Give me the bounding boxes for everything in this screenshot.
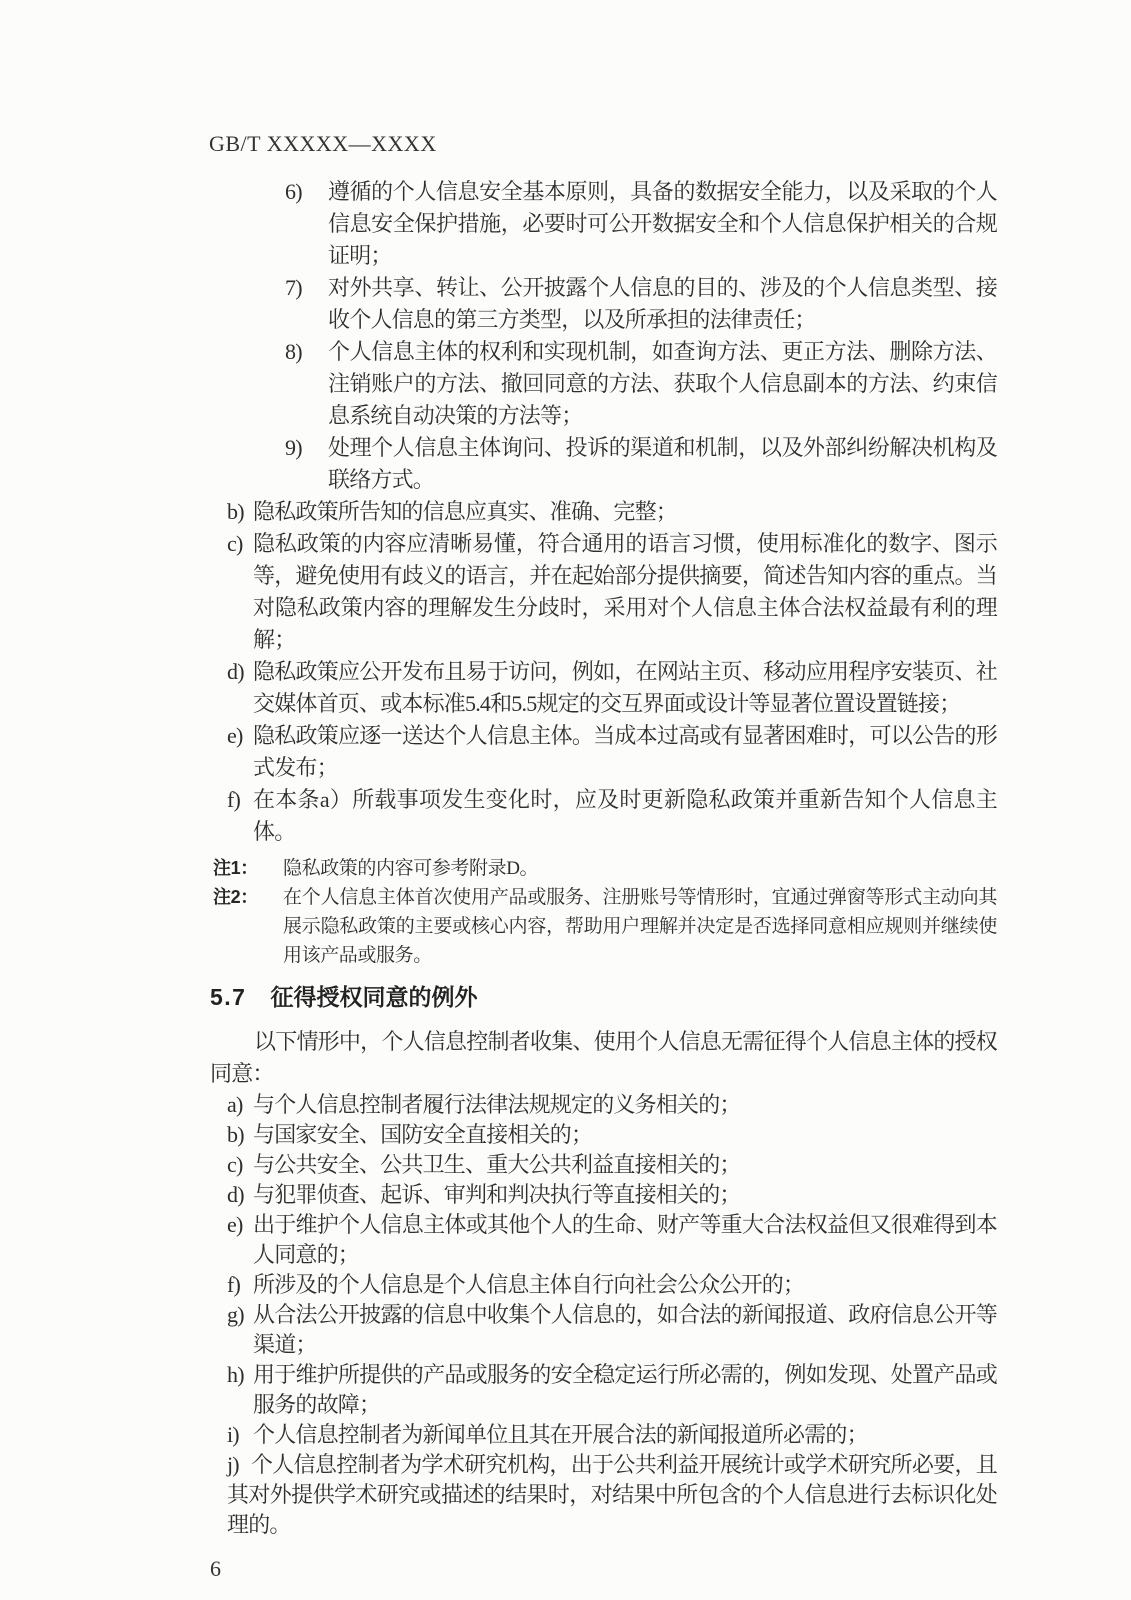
list-item: e) 隐私政策应逐一送达个人信息主体。当成本过高或有显著困难时，可以公告的形式发… [207, 720, 997, 784]
lettered-list-top: b) 隐私政策所告知的信息应真实、准确、完整； c) 隐私政策的内容应清晰易懂，… [207, 496, 997, 848]
list-item: h) 用于维护所提供的产品或服务的安全稳定运行所必需的，例如发现、处置产品或服务… [207, 1360, 997, 1420]
note-item: 注1： 隐私政策的内容可参考附录D。 [207, 854, 997, 883]
list-item-label: j) [227, 1452, 239, 1477]
list-item-text: 隐私政策应逐一送达个人信息主体。当成本过高或有显著困难时，可以公告的形式发布； [253, 720, 997, 784]
document-content: 6) 遵循的个人信息安全基本原则，具备的数据安全能力，以及采取的个人信息安全保护… [207, 176, 997, 1582]
page-number: 6 [210, 1556, 997, 1582]
intro-paragraph: 以下情形中，个人信息控制者收集、使用个人信息无需征得个人信息主体的授权同意： [210, 1026, 997, 1090]
list-item-text: 隐私政策应公开发布且易于访问，例如，在网站主页、移动应用程序安装页、社交媒体首页… [253, 656, 997, 720]
list-item-text: 个人信息控制者为学术研究机构，出于公共利益开展统计或学术研究所必要，且其对外提供… [227, 1452, 997, 1537]
list-item-label: 8) [285, 336, 328, 432]
list-item-label: 6) [285, 176, 328, 272]
list-item-label: c) [227, 1150, 253, 1180]
list-item-label: d) [227, 656, 253, 720]
numbered-list: 6) 遵循的个人信息安全基本原则，具备的数据安全能力，以及采取的个人信息安全保护… [207, 176, 997, 496]
list-item: 6) 遵循的个人信息安全基本原则，具备的数据安全能力，以及采取的个人信息安全保护… [207, 176, 997, 272]
list-item: f) 所涉及的个人信息是个人信息主体自行向社会公众公开的； [207, 1270, 997, 1300]
notes-block: 注1： 隐私政策的内容可参考附录D。 注2： 在个人信息主体首次使用产品或服务、… [207, 854, 997, 970]
list-item: c) 与公共安全、公共卫生、重大公共利益直接相关的； [207, 1150, 997, 1180]
list-item-label: c) [227, 528, 253, 656]
list-item-text: 个人信息控制者为新闻单位且其在开展合法的新闻报道所必需的； [253, 1420, 997, 1450]
list-item-text: 隐私政策所告知的信息应真实、准确、完整； [253, 496, 997, 528]
list-item-label: b) [227, 1120, 253, 1150]
section-number: 5.7 [210, 984, 246, 1010]
list-item: i) 个人信息控制者为新闻单位且其在开展合法的新闻报道所必需的； [207, 1420, 997, 1450]
list-item-label: f) [227, 1270, 253, 1300]
list-item-text: 对外共享、转让、公开披露个人信息的目的、涉及的个人信息类型、接收个人信息的第三方… [328, 272, 997, 336]
list-item: 8) 个人信息主体的权利和实现机制，如查询方法、更正方法、删除方法、注销账户的方… [207, 336, 997, 432]
list-item-label: g) [227, 1300, 253, 1360]
list-item-label: 7) [285, 272, 328, 336]
list-item-text: 个人信息主体的权利和实现机制，如查询方法、更正方法、删除方法、注销账户的方法、撤… [328, 336, 997, 432]
list-item-label: d) [227, 1180, 253, 1210]
note-label: 注2： [213, 883, 283, 970]
note-text: 在个人信息主体首次使用产品或服务、注册账号等情形时，宜通过弹窗等形式主动向其展示… [283, 883, 997, 970]
list-item: g) 从合法公开披露的信息中收集个人信息的，如合法的新闻报道、政府信息公开等渠道… [207, 1300, 997, 1360]
list-item-text: 遵循的个人信息安全基本原则，具备的数据安全能力，以及采取的个人信息安全保护措施，… [328, 176, 997, 272]
lettered-list-bottom: a) 与个人信息控制者履行法律法规规定的义务相关的； b) 与国家安全、国防安全… [207, 1090, 997, 1540]
list-item-text: 隐私政策的内容应清晰易懂，符合通用的语言习惯，使用标准化的数字、图示等，避免使用… [253, 528, 997, 656]
list-item-text: 与国家安全、国防安全直接相关的； [253, 1120, 997, 1150]
list-item: d) 与犯罪侦查、起诉、审判和判决执行等直接相关的； [207, 1180, 997, 1210]
list-item-label: f) [227, 784, 253, 848]
list-item-text: 用于维护所提供的产品或服务的安全稳定运行所必需的，例如发现、处置产品或服务的故障… [253, 1360, 997, 1420]
list-item: j)个人信息控制者为学术研究机构，出于公共利益开展统计或学术研究所必要，且其对外… [227, 1450, 997, 1540]
list-item: a) 与个人信息控制者履行法律法规规定的义务相关的； [207, 1090, 997, 1120]
list-item-text: 与公共安全、公共卫生、重大公共利益直接相关的； [253, 1150, 997, 1180]
list-item: f) 在本条a）所载事项发生变化时，应及时更新隐私政策并重新告知个人信息主体。 [207, 784, 997, 848]
list-item-text: 出于维护个人信息主体或其他个人的生命、财产等重大合法权益但又很难得到本人同意的； [253, 1210, 997, 1270]
list-item-text: 所涉及的个人信息是个人信息主体自行向社会公众公开的； [253, 1270, 997, 1300]
list-item-label: a) [227, 1090, 253, 1120]
list-item: b) 与国家安全、国防安全直接相关的； [207, 1120, 997, 1150]
note-label: 注1： [213, 854, 283, 883]
list-item: d) 隐私政策应公开发布且易于访问，例如，在网站主页、移动应用程序安装页、社交媒… [207, 656, 997, 720]
list-item-text: 处理个人信息主体询问、投诉的渠道和机制，以及外部纠纷解决机构及联络方式。 [328, 432, 997, 496]
list-item-label: 9) [285, 432, 328, 496]
list-item-label: h) [227, 1360, 253, 1420]
list-item: c) 隐私政策的内容应清晰易懂，符合通用的语言习惯，使用标准化的数字、图示等，避… [207, 528, 997, 656]
list-item-label: e) [227, 720, 253, 784]
list-item: e) 出于维护个人信息主体或其他个人的生命、财产等重大合法权益但又很难得到本人同… [207, 1210, 997, 1270]
list-item-label: i) [227, 1420, 253, 1450]
list-item-text: 在本条a）所载事项发生变化时，应及时更新隐私政策并重新告知个人信息主体。 [253, 784, 997, 848]
note-item: 注2： 在个人信息主体首次使用产品或服务、注册账号等情形时，宜通过弹窗等形式主动… [207, 883, 997, 970]
list-item: b) 隐私政策所告知的信息应真实、准确、完整； [207, 496, 997, 528]
list-item-text: 与个人信息控制者履行法律法规规定的义务相关的； [253, 1090, 997, 1120]
list-item-label: e) [227, 1210, 253, 1270]
section-title: 征得授权同意的例外 [270, 984, 477, 1010]
section-heading: 5.7征得授权同意的例外 [210, 982, 997, 1012]
list-item: 7) 对外共享、转让、公开披露个人信息的目的、涉及的个人信息类型、接收个人信息的… [207, 272, 997, 336]
list-item-text: 从合法公开披露的信息中收集个人信息的，如合法的新闻报道、政府信息公开等渠道； [253, 1300, 997, 1360]
list-item-text: 与犯罪侦查、起诉、审判和判决执行等直接相关的； [253, 1180, 997, 1210]
list-item: 9) 处理个人信息主体询问、投诉的渠道和机制，以及外部纠纷解决机构及联络方式。 [207, 432, 997, 496]
note-text: 隐私政策的内容可参考附录D。 [283, 854, 997, 883]
document-header: GB/T XXXXX—XXXX [209, 131, 437, 157]
document-page: GB/T XXXXX—XXXX 6) 遵循的个人信息安全基本原则，具备的数据安全… [0, 0, 1131, 1600]
list-item-label: b) [227, 496, 253, 528]
